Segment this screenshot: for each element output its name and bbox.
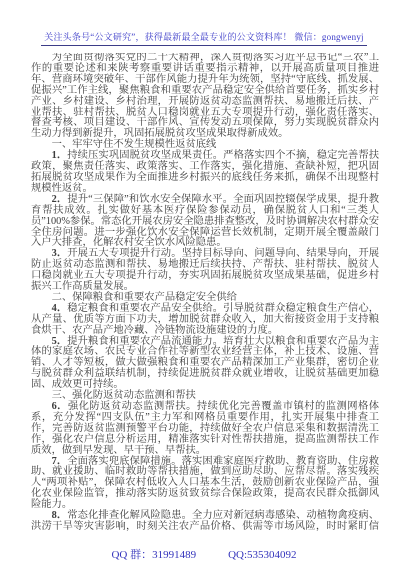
paragraph-text: 一、牢牢守住不发生规模性返贫底线 [52,139,217,150]
footer-qq: QQ:535304092 [228,549,296,561]
paragraph-text: 提升“三保障”和饮水安全保障水平。全面巩固控辍保学成果，提升教育帮扶成效。扎实做… [31,194,379,249]
paragraph: 3．开展五大专项提升行动。坚持目标导向、问题导向、结果导向，开展防止返贫动态监测… [31,249,379,293]
paragraph-text: 持续压实巩固脱贫攻坚成果责任。严格落实四个不摘，稳定完善帮扶政策，聚焦责任落实、… [31,150,379,194]
paragraph-text: 提升粮食和重要农产品流通能力。培育壮大以粮食和重要农产品为主体的家庭农场、农民专… [31,336,379,391]
paragraph: 7．全面落实兜底保障措施。落实困难家庭医疗救助、教育资助、住房救助、就业援助、临… [31,457,379,512]
paragraph: 8．常态化排查化解风险隐患。全力应对新冠病毒感染、动植物禽疫病、洪涝干旱等灾害影… [31,511,379,531]
page-header: 关注头条号“公文研究”，获得最新最全最专业的公文资料库！ 微信：gongweny… [0,27,408,46]
item-number: 1． [52,150,68,161]
paragraph: 5．提升粮食和重要农产品流通能力。培育壮大以粮食和重要农产品为主体的家庭农场、农… [31,337,379,392]
document-body: 为全面贯彻落实党的二十大精神，深入贯彻落实习近平总书记“三农”工作的重要论述和来… [31,53,379,531]
paragraph: 4．稳定粮食和重要农产品安全供给。引导脱贫群众稳定粮食生产信心，从产量、优质等方… [31,304,379,337]
item-number: 5． [52,336,68,347]
paragraph: 1．持续压实巩固脱贫攻坚成果责任。严格落实四个不摘，稳定完善帮扶政策，聚焦责任落… [31,151,379,195]
paragraph: 2．提升“三保障”和饮水安全保障水平。全面巩固控辍保学成果，提升教育帮扶成效。扎… [31,195,379,250]
item-number: 2． [52,194,68,205]
item-number: 6． [52,401,68,412]
footer-qq-group: QQ 群：31991489 [111,549,196,561]
item-number: 4． [52,303,68,314]
item-number: 3． [52,248,68,259]
paragraph-text: 稳定粮食和重要农产品安全供给。引导脱贫群众稳定粮食生产信心，从产量、优质等方面下… [31,303,379,336]
item-number: 8． [52,510,68,521]
paragraph-text: 全面落实兜底保障措施。落实困难家庭医疗救助、教育资助、住房救助、就业援助、临时救… [31,456,379,511]
paragraph: 6．强化防返贫动态监测帮扶。持续优化完善覆盖市镇村的监测网格体系，充分发挥“四支… [31,402,379,457]
paragraph: 为全面贯彻落实党的二十大精神，深入贯彻落实习近平总书记“三农”工作的重要论述和来… [31,53,379,140]
paragraph-text: 常态化排查化解风险隐患。全力应对新冠病毒感染、动植物禽疫病、洪涝干旱等灾害影响，… [31,510,379,531]
paragraph-text: 为全面贯彻落实党的二十大精神，深入贯彻落实习近平总书记“三农”工作的重要论述和来… [31,53,379,139]
paragraph-text: 开展五大专项提升行动。坚持目标导向、问题导向、结果导向，开展防止返贫动态监测和帮… [31,248,379,292]
paragraph-text: 二、保障粮食和重要农产品稳定安全供给 [52,292,237,303]
paragraph-text: 三、强化防返贫动态监测和帮扶 [52,390,196,401]
item-number: 7． [52,456,68,467]
paragraph-text: 强化防返贫动态监测帮扶。持续优化完善覆盖市镇村的监测网格体系，充分发挥“四支队伍… [31,401,379,456]
header-notice: 关注头条号“公文研究”，获得最新最全最专业的公文资料库！ 微信：gongweny… [41,30,366,46]
page-footer: QQ 群：31991489QQ:535304092 [0,546,408,562]
document-page: 关注头条号“公文研究”，获得最新最全最专业的公文资料库！ 微信：gongweny… [0,0,408,580]
